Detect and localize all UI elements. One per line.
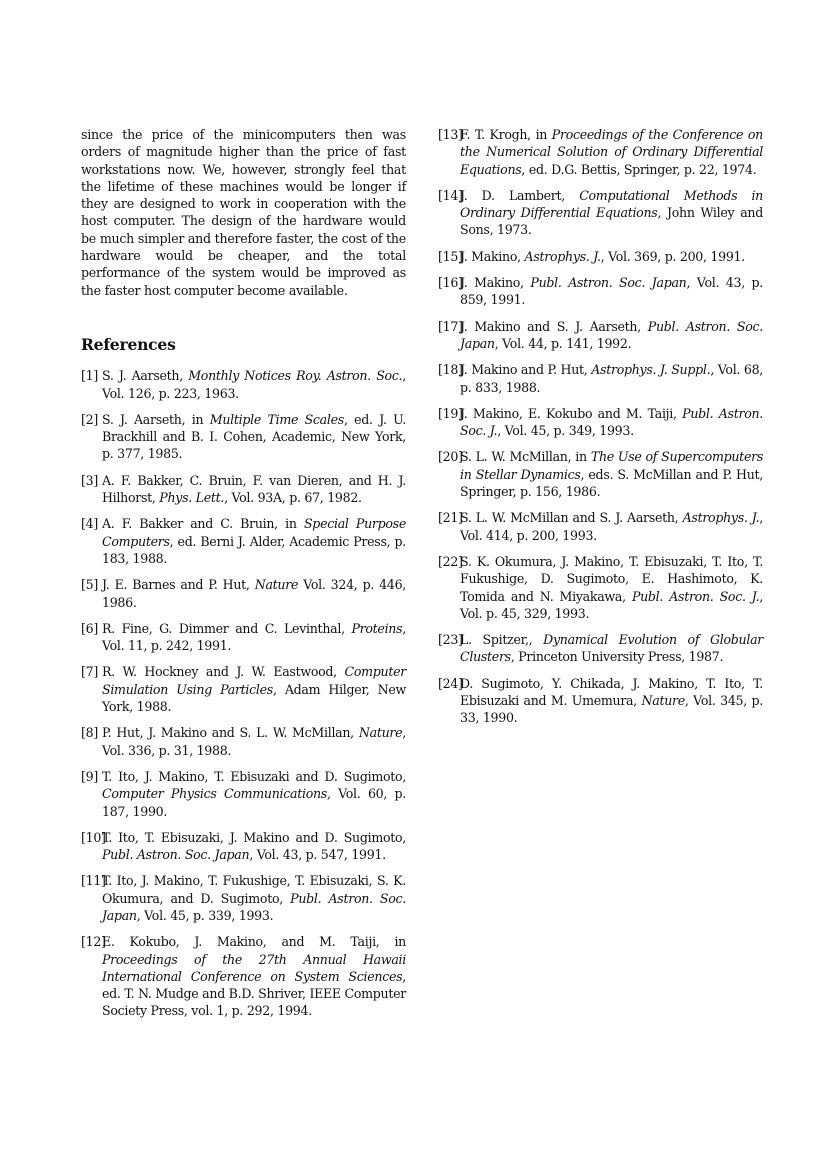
reference-item: [13]F. T. Krogh, in Proceedings of the C… xyxy=(438,126,763,178)
reference-item: [7]R. W. Hockney and J. W. Eastwood, Com… xyxy=(81,663,406,715)
ref-number: [16] xyxy=(438,274,463,291)
ref-authors: L. Spitzer,, xyxy=(460,632,543,647)
ref-title: Nature xyxy=(255,577,298,592)
ref-title: Multiple Time Scales xyxy=(210,412,344,427)
ref-number: [4] xyxy=(81,515,98,532)
right-column: [13]F. T. Krogh, in Proceedings of the C… xyxy=(438,126,763,736)
ref-details: , Vol. 44, p. 141, 1992. xyxy=(495,336,632,351)
ref-authors: R. W. Hockney and J. W. Eastwood, xyxy=(102,664,345,679)
ref-authors: T. Ito, J. Makino, T. Ebisuzaki and D. S… xyxy=(102,769,406,784)
ref-title: Nature xyxy=(642,693,685,708)
ref-authors: J. Makino, E. Kokubo and M. Taiji, xyxy=(460,406,682,421)
ref-title: Astrophys. J. xyxy=(683,510,760,525)
ref-title: Nature xyxy=(359,725,402,740)
ref-authors: J. Makino and P. Hut, xyxy=(460,362,591,377)
ref-title: Monthly Notices Roy. Astron. Soc. xyxy=(188,368,402,383)
reference-item: [4]A. F. Bakker and C. Bruin, in Special… xyxy=(81,515,406,567)
reference-item: [11]T. Ito, J. Makino, T. Fukushige, T. … xyxy=(81,872,406,924)
ref-authors: E. Kokubo, J. Makino, and M. Taiji, in xyxy=(102,934,406,949)
ref-number: [10] xyxy=(81,829,106,846)
reference-item: [5]J. E. Barnes and P. Hut, Nature Vol. … xyxy=(81,576,406,611)
ref-title: Publ. Astron. Soc. Japan xyxy=(102,847,249,862)
reference-item: [6]R. Fine, G. Dimmer and C. Levinthal, … xyxy=(81,620,406,655)
ref-number: [17] xyxy=(438,318,463,335)
ref-number: [13] xyxy=(438,126,463,143)
ref-number: [20] xyxy=(438,448,463,465)
ref-number: [8] xyxy=(81,724,98,741)
reference-item: [1]S. J. Aarseth, Monthly Notices Roy. A… xyxy=(81,367,406,402)
reference-item: [18]J. Makino and P. Hut, Astrophys. J. … xyxy=(438,361,763,396)
reference-item: [9]T. Ito, J. Makino, T. Ebisuzaki and D… xyxy=(81,768,406,820)
ref-title: Publ. Astron. Soc. Japan xyxy=(530,275,686,290)
ref-number: [21] xyxy=(438,509,463,526)
body-paragraph: since the price of the minicomputers the… xyxy=(81,126,406,299)
references-heading: References xyxy=(81,336,406,353)
ref-title: Computer Physics Communications xyxy=(102,786,327,801)
ref-authors: T. Ito, T. Ebisuzaki, J. Makino and D. S… xyxy=(102,830,406,845)
ref-number: [19] xyxy=(438,405,463,422)
reference-item: [21]S. L. W. McMillan and S. J. Aarseth,… xyxy=(438,509,763,544)
ref-title: Proteins xyxy=(351,621,402,636)
ref-details: , Vol. 45, p. 339, 1993. xyxy=(137,908,274,923)
ref-title: Publ. Astron. Soc. J. xyxy=(632,589,759,604)
ref-authors: J. Makino, xyxy=(460,275,530,290)
ref-number: [23] xyxy=(438,631,463,648)
ref-details: , Princeton University Press, 1987. xyxy=(511,649,723,664)
reference-item: [17]J. Makino and S. J. Aarseth, Publ. A… xyxy=(438,318,763,353)
ref-authors: S. L. W. McMillan and S. J. Aarseth, xyxy=(460,510,683,525)
ref-details: , Vol. 45, p. 349, 1993. xyxy=(497,423,634,438)
ref-authors: S. J. Aarseth, in xyxy=(102,412,210,427)
ref-number: [18] xyxy=(438,361,463,378)
ref-number: [24] xyxy=(438,675,463,692)
ref-number: [12] xyxy=(81,933,106,950)
ref-number: [6] xyxy=(81,620,98,637)
ref-authors: R. Fine, G. Dimmer and C. Levinthal, xyxy=(102,621,351,636)
ref-details: , Vol. 93A, p. 67, 1982. xyxy=(224,490,362,505)
ref-title: Proceedings of the 27th Annual Hawaii In… xyxy=(102,952,406,984)
reference-list-left: [1]S. J. Aarseth, Monthly Notices Roy. A… xyxy=(81,367,406,1020)
ref-number: [14] xyxy=(438,187,463,204)
ref-authors: J. Makino and S. J. Aarseth, xyxy=(460,319,648,334)
ref-title: Astrophys. J. Suppl. xyxy=(591,362,710,377)
ref-title: Astrophys. J. xyxy=(525,249,601,264)
ref-authors: J. Makino, xyxy=(460,249,525,264)
reference-item: [23]L. Spitzer,, Dynamical Evolution of … xyxy=(438,631,763,666)
ref-details: , Vol. 369, p. 200, 1991. xyxy=(601,249,745,264)
ref-title: Phys. Lett. xyxy=(159,490,224,505)
ref-authors: P. Hut, J. Makino and S. L. W. McMillan, xyxy=(102,725,359,740)
reference-item: [22]S. K. Okumura, J. Makino, T. Ebisuza… xyxy=(438,553,763,622)
reference-item: [15]J. Makino, Astrophys. J., Vol. 369, … xyxy=(438,248,763,265)
left-column: since the price of the minicomputers the… xyxy=(81,126,406,1029)
ref-number: [7] xyxy=(81,663,98,680)
ref-authors: F. T. Krogh, in xyxy=(460,127,552,142)
reference-item: [3]A. F. Bakker, C. Bruin, F. van Dieren… xyxy=(81,472,406,507)
ref-authors: A. F. Bakker and C. Bruin, in xyxy=(102,516,304,531)
reference-item: [12]E. Kokubo, J. Makino, and M. Taiji, … xyxy=(81,933,406,1019)
ref-authors: J. D. Lambert, xyxy=(460,188,579,203)
reference-item: [14]J. D. Lambert, Computational Methods… xyxy=(438,187,763,239)
ref-authors: J. E. Barnes and P. Hut, xyxy=(102,577,255,592)
reference-item: [8]P. Hut, J. Makino and S. L. W. McMill… xyxy=(81,724,406,759)
ref-number: [15] xyxy=(438,248,463,265)
ref-number: [22] xyxy=(438,553,463,570)
ref-number: [2] xyxy=(81,411,98,428)
ref-number: [1] xyxy=(81,367,98,384)
ref-authors: S. L. W. McMillan, in xyxy=(460,449,591,464)
reference-item: [24]D. Sugimoto, Y. Chikada, J. Makino, … xyxy=(438,675,763,727)
reference-item: [16]J. Makino, Publ. Astron. Soc. Japan,… xyxy=(438,274,763,309)
ref-authors: S. J. Aarseth, xyxy=(102,368,188,383)
ref-details: , ed. D.G. Bettis, Springer, p. 22, 1974… xyxy=(521,162,756,177)
reference-item: [20]S. L. W. McMillan, in The Use of Sup… xyxy=(438,448,763,500)
ref-details: , Vol. 43, p. 547, 1991. xyxy=(249,847,386,862)
ref-number: [3] xyxy=(81,472,98,489)
ref-number: [9] xyxy=(81,768,98,785)
reference-item: [19]J. Makino, E. Kokubo and M. Taiji, P… xyxy=(438,405,763,440)
reference-item: [2]S. J. Aarseth, in Multiple Time Scale… xyxy=(81,411,406,463)
ref-number: [5] xyxy=(81,576,98,593)
reference-list-right: [13]F. T. Krogh, in Proceedings of the C… xyxy=(438,126,763,727)
ref-number: [11] xyxy=(81,872,106,889)
reference-item: [10]T. Ito, T. Ebisuzaki, J. Makino and … xyxy=(81,829,406,864)
